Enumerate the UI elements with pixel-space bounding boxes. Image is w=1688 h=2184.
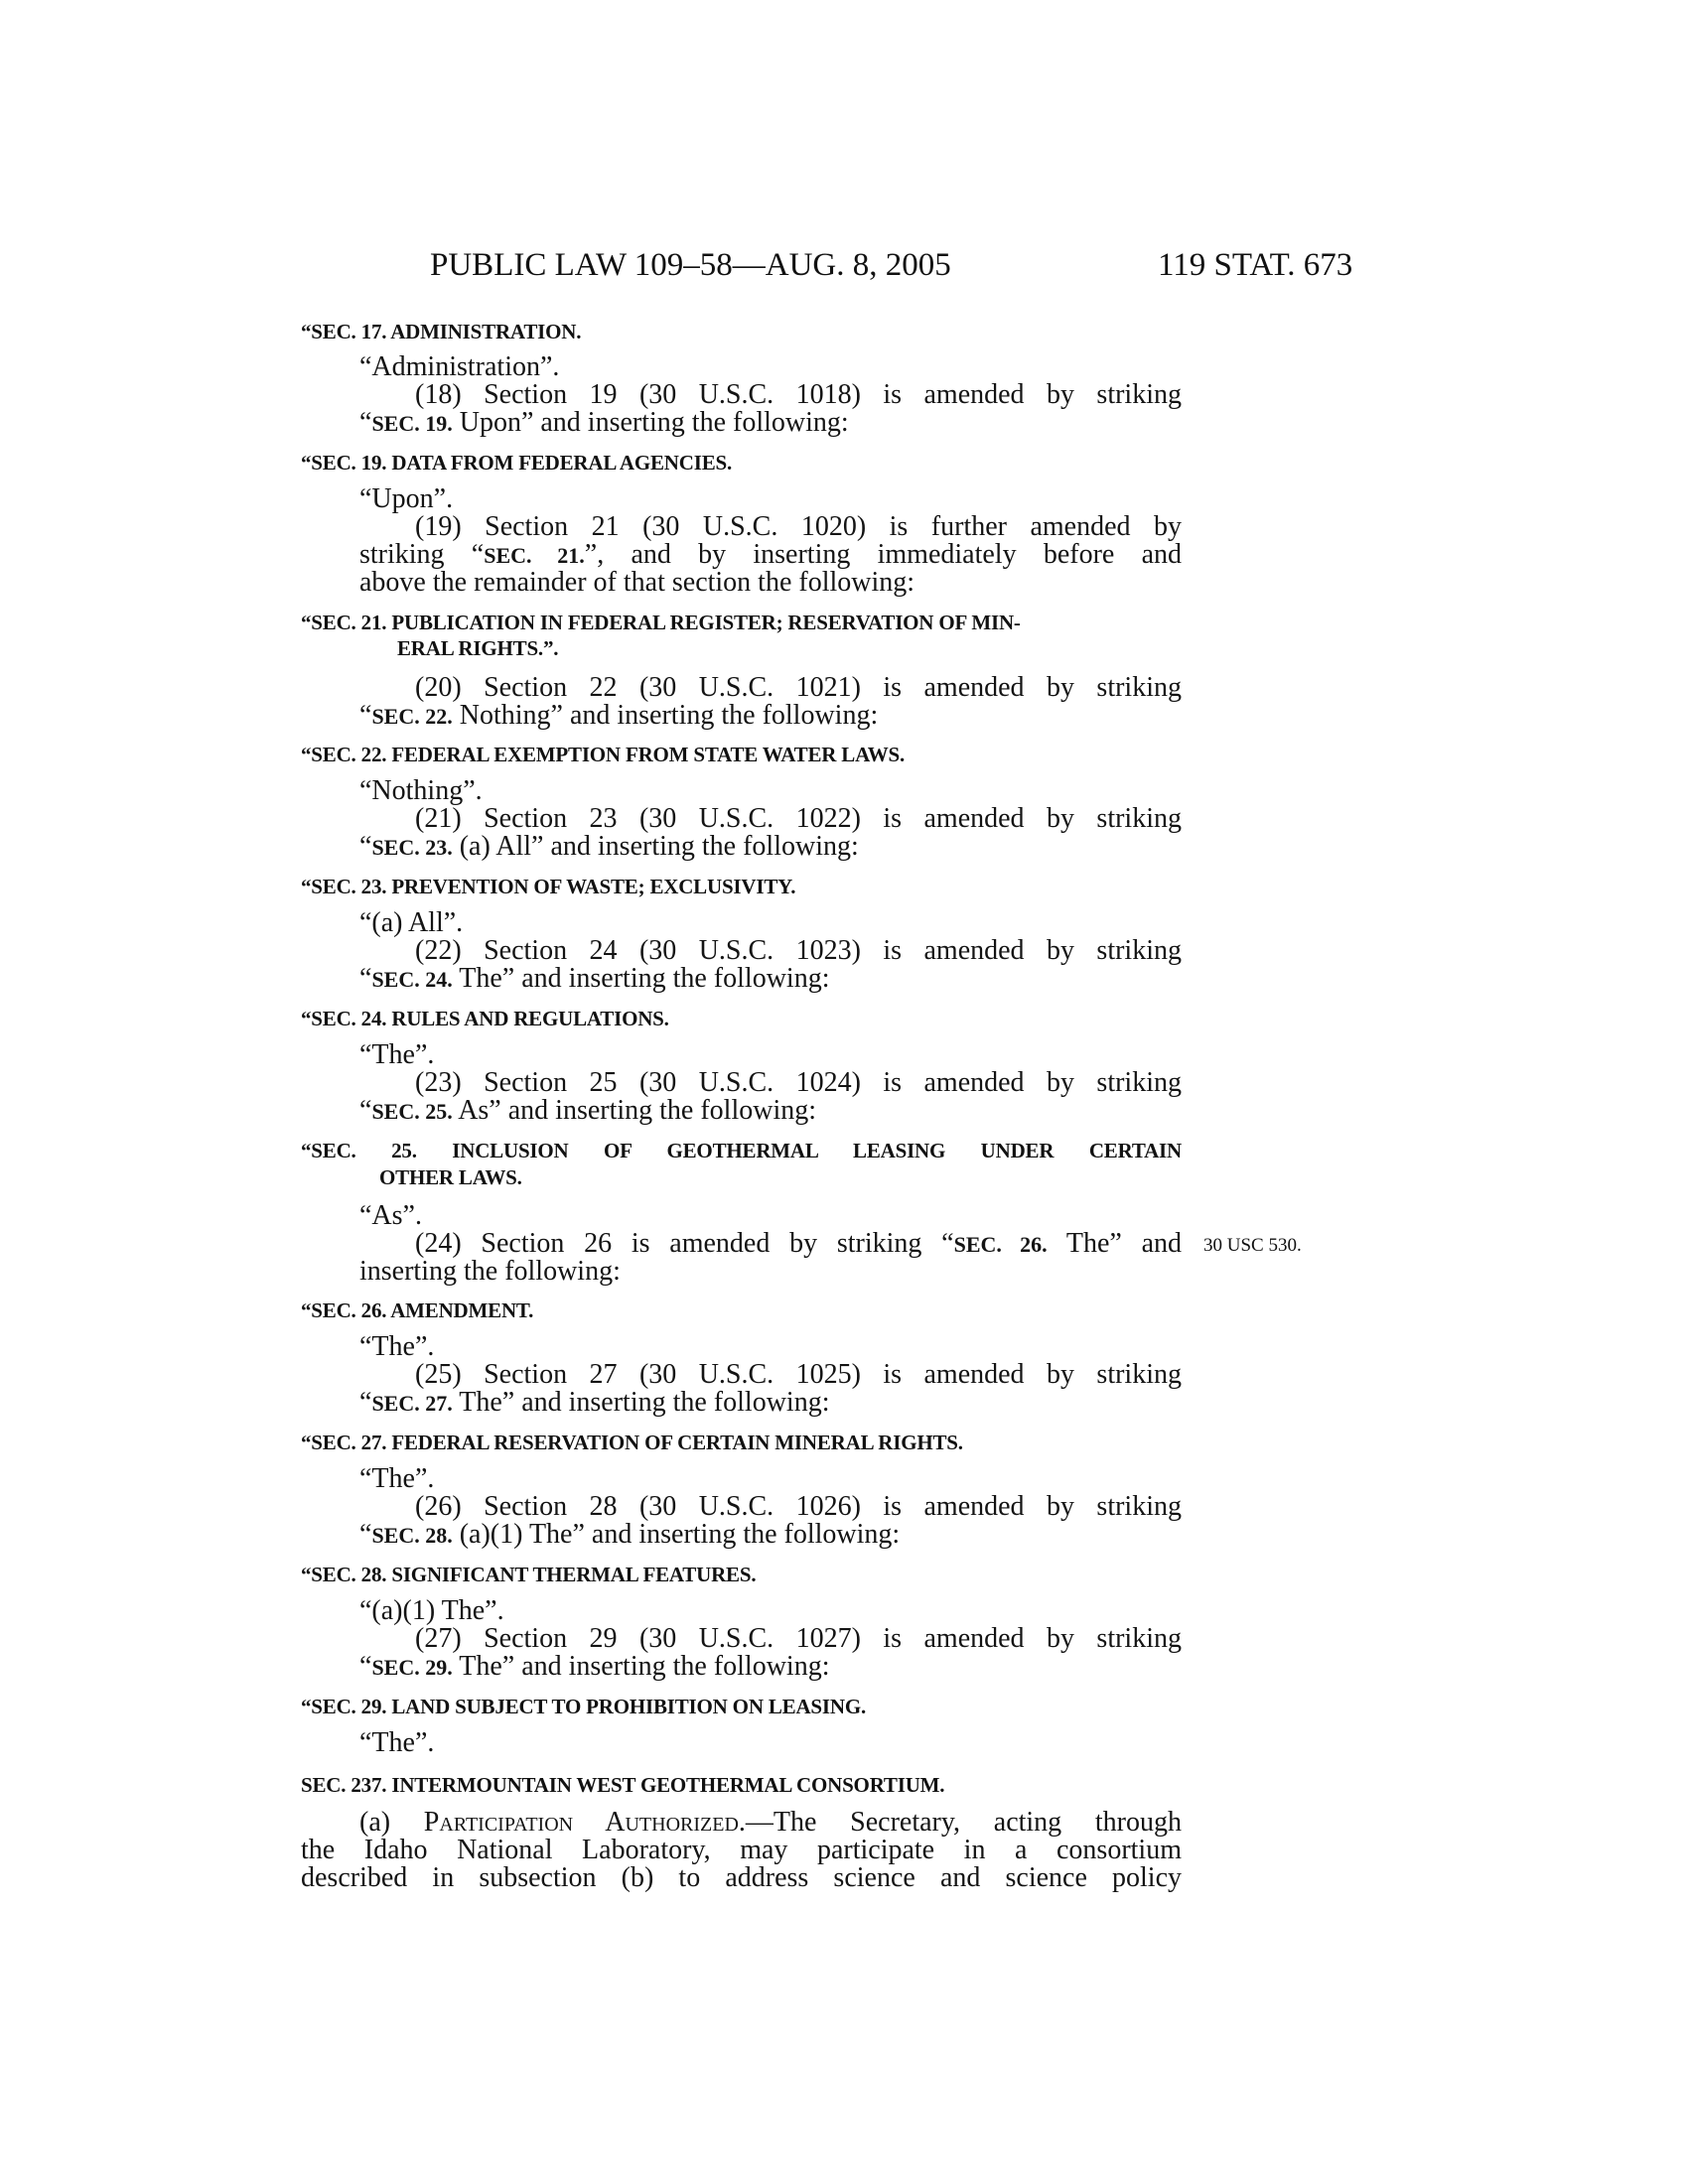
paragraph-line: (a) Participation Authorized.—The Secret… <box>359 1809 1182 1837</box>
section-ref: SEC. 22. <box>371 704 452 729</box>
section-heading-continuation: OTHER LAWS. <box>379 1165 522 1189</box>
line-text: described in subsection (b) to address s… <box>301 1862 1182 1893</box>
paragraph-line: “SEC. 27. The” and inserting the followi… <box>359 1389 829 1418</box>
quote-mark: “ <box>359 963 371 994</box>
paragraph-line: (20) Section 22 (30 U.S.C. 1021) is amen… <box>415 674 1182 702</box>
paragraph-line: (25) Section 27 (30 U.S.C. 1025) is amen… <box>415 1361 1182 1389</box>
line-text: The” and <box>1048 1228 1182 1259</box>
line-text: (a) <box>359 1807 424 1838</box>
line-text: (23) Section 25 (30 U.S.C. 1024) is amen… <box>415 1067 1182 1098</box>
quote-mark: “ <box>359 1095 371 1126</box>
document-page: PUBLIC LAW 109–58—AUG. 8, 2005 119 STAT.… <box>0 0 1688 2184</box>
quoted-text: “The”. <box>359 1465 434 1493</box>
line-text: above the remainder of that section the … <box>359 567 914 598</box>
section-heading: “SEC. 23. PREVENTION OF WASTE; EXCLUSIVI… <box>301 875 795 898</box>
section-heading: “SEC. 25. INCLUSION OF GEOTHERMAL LEASIN… <box>301 1139 1182 1162</box>
line-text: (27) Section 29 (30 U.S.C. 1027) is amen… <box>415 1623 1182 1654</box>
section-ref: SEC. 27. <box>371 1391 452 1416</box>
paragraph-line: striking “SEC. 21.”, and by inserting im… <box>359 541 1182 570</box>
section-ref: SEC. 28. <box>371 1523 452 1548</box>
line-text: inserting the following: <box>359 1256 621 1287</box>
section-ref: SEC. 21. <box>484 543 585 568</box>
quote-mark: “ <box>359 1387 371 1418</box>
paragraph-line: (27) Section 29 (30 U.S.C. 1027) is amen… <box>415 1625 1182 1653</box>
line-text: (24) Section 26 is amended by striking “ <box>415 1228 954 1259</box>
line-text: (19) Section 21 (30 U.S.C. 1020) is furt… <box>415 511 1182 542</box>
quote-mark: “ <box>359 831 371 862</box>
paragraph-line: “SEC. 19. Upon” and inserting the follow… <box>359 409 849 438</box>
quoted-text: “(a) All”. <box>359 909 463 937</box>
paragraph-line: “SEC. 25. As” and inserting the followin… <box>359 1097 816 1126</box>
paragraph-line: (18) Section 19 (30 U.S.C. 1018) is amen… <box>415 381 1182 409</box>
quoted-text: “The”. <box>359 1041 434 1069</box>
section-heading: “SEC. 26. AMENDMENT. <box>301 1298 533 1322</box>
section-ref: SEC. 19. <box>371 411 452 436</box>
line-text: (a) All” and inserting the following: <box>453 831 859 862</box>
section-heading: “SEC. 21. PUBLICATION IN FEDERAL REGISTE… <box>301 611 1021 634</box>
line-text: ”, and by inserting immediately before a… <box>585 539 1182 570</box>
quoted-text: “The”. <box>359 1729 434 1757</box>
line-text: (a)(1) The” and inserting the following: <box>453 1519 900 1550</box>
section-ref: SEC. 26. <box>954 1232 1048 1257</box>
section-ref: SEC. 24. <box>371 967 452 992</box>
running-header-page: 119 STAT. 673 <box>1158 248 1352 282</box>
quote-mark: “ <box>359 1519 371 1550</box>
section-heading: “SEC. 22. FEDERAL EXEMPTION FROM STATE W… <box>301 743 905 766</box>
line-text: striking “ <box>359 539 484 570</box>
line-text: (25) Section 27 (30 U.S.C. 1025) is amen… <box>415 1359 1182 1390</box>
section-ref: SEC. 25. <box>371 1099 452 1124</box>
quote-mark: “ <box>359 700 371 731</box>
paragraph-line: described in subsection (b) to address s… <box>301 1864 1182 1892</box>
section-heading: “SEC. 17. ADMINISTRATION. <box>301 320 581 343</box>
paragraph-line: the Idaho National Laboratory, may parti… <box>301 1837 1182 1864</box>
section-heading: “SEC. 24. RULES AND REGULATIONS. <box>301 1007 669 1030</box>
line-text: (18) Section 19 (30 U.S.C. 1018) is amen… <box>415 379 1182 410</box>
quoted-text: “The”. <box>359 1333 434 1361</box>
section-heading: “SEC. 28. SIGNIFICANT THERMAL FEATURES. <box>301 1563 756 1586</box>
section-heading: “SEC. 19. DATA FROM FEDERAL AGENCIES. <box>301 451 732 475</box>
paragraph-line: (19) Section 21 (30 U.S.C. 1020) is furt… <box>415 513 1182 541</box>
paragraph-line: “SEC. 22. Nothing” and inserting the fol… <box>359 702 878 731</box>
paragraph-line: “SEC. 23. (a) All” and inserting the fol… <box>359 833 859 862</box>
subsection-caption: Participation Authorized <box>424 1807 739 1838</box>
line-text: (20) Section 22 (30 U.S.C. 1021) is amen… <box>415 672 1182 703</box>
quoted-text: “As”. <box>359 1202 422 1230</box>
quote-mark: “ <box>359 407 371 438</box>
section-ref: SEC. 23. <box>371 835 452 860</box>
line-text: the Idaho National Laboratory, may parti… <box>301 1835 1182 1865</box>
line-text: Nothing” and inserting the following: <box>453 700 879 731</box>
line-text: Upon” and inserting the following: <box>453 407 849 438</box>
paragraph-line: (26) Section 28 (30 U.S.C. 1026) is amen… <box>415 1493 1182 1521</box>
line-text: (21) Section 23 (30 U.S.C. 1022) is amen… <box>415 803 1182 834</box>
paragraph-line: (21) Section 23 (30 U.S.C. 1022) is amen… <box>415 805 1182 833</box>
section-ref: SEC. 29. <box>371 1655 452 1680</box>
line-text: The” and inserting the following: <box>453 1651 830 1682</box>
paragraph-line: “SEC. 29. The” and inserting the followi… <box>359 1653 829 1682</box>
paragraph-line: above the remainder of that section the … <box>359 569 914 597</box>
paragraph-line: (23) Section 25 (30 U.S.C. 1024) is amen… <box>415 1069 1182 1097</box>
paragraph-line: (24) Section 26 is amended by striking “… <box>415 1230 1182 1259</box>
quoted-text: “(a)(1) The”. <box>359 1597 504 1625</box>
paragraph-line: (22) Section 24 (30 U.S.C. 1023) is amen… <box>415 937 1182 965</box>
paragraph-line: “SEC. 24. The” and inserting the followi… <box>359 965 829 994</box>
quoted-text: “Administration”. <box>359 353 559 381</box>
margin-note: 30 USC 530. <box>1203 1235 1302 1257</box>
line-text: The” and inserting the following: <box>453 963 830 994</box>
line-text: (26) Section 28 (30 U.S.C. 1026) is amen… <box>415 1491 1182 1522</box>
section-heading-continuation: ERAL RIGHTS.”. <box>397 636 558 660</box>
running-header-title: PUBLIC LAW 109–58—AUG. 8, 2005 <box>430 248 951 282</box>
section-heading: “SEC. 29. LAND SUBJECT TO PROHIBITION ON… <box>301 1695 866 1718</box>
paragraph-line: inserting the following: <box>359 1258 621 1286</box>
section-heading: “SEC. 27. FEDERAL RESERVATION OF CERTAIN… <box>301 1431 963 1454</box>
line-text: As” and inserting the following: <box>453 1095 816 1126</box>
line-text: .—The Secretary, acting through <box>739 1807 1182 1838</box>
line-text: The” and inserting the following: <box>453 1387 830 1418</box>
quoted-text: “Upon”. <box>359 485 453 513</box>
quoted-text: “Nothing”. <box>359 777 483 805</box>
quote-mark: “ <box>359 1651 371 1682</box>
line-text: (22) Section 24 (30 U.S.C. 1023) is amen… <box>415 935 1182 966</box>
paragraph-line: “SEC. 28. (a)(1) The” and inserting the … <box>359 1521 900 1550</box>
section-heading: SEC. 237. INTERMOUNTAIN WEST GEOTHERMAL … <box>301 1773 944 1797</box>
